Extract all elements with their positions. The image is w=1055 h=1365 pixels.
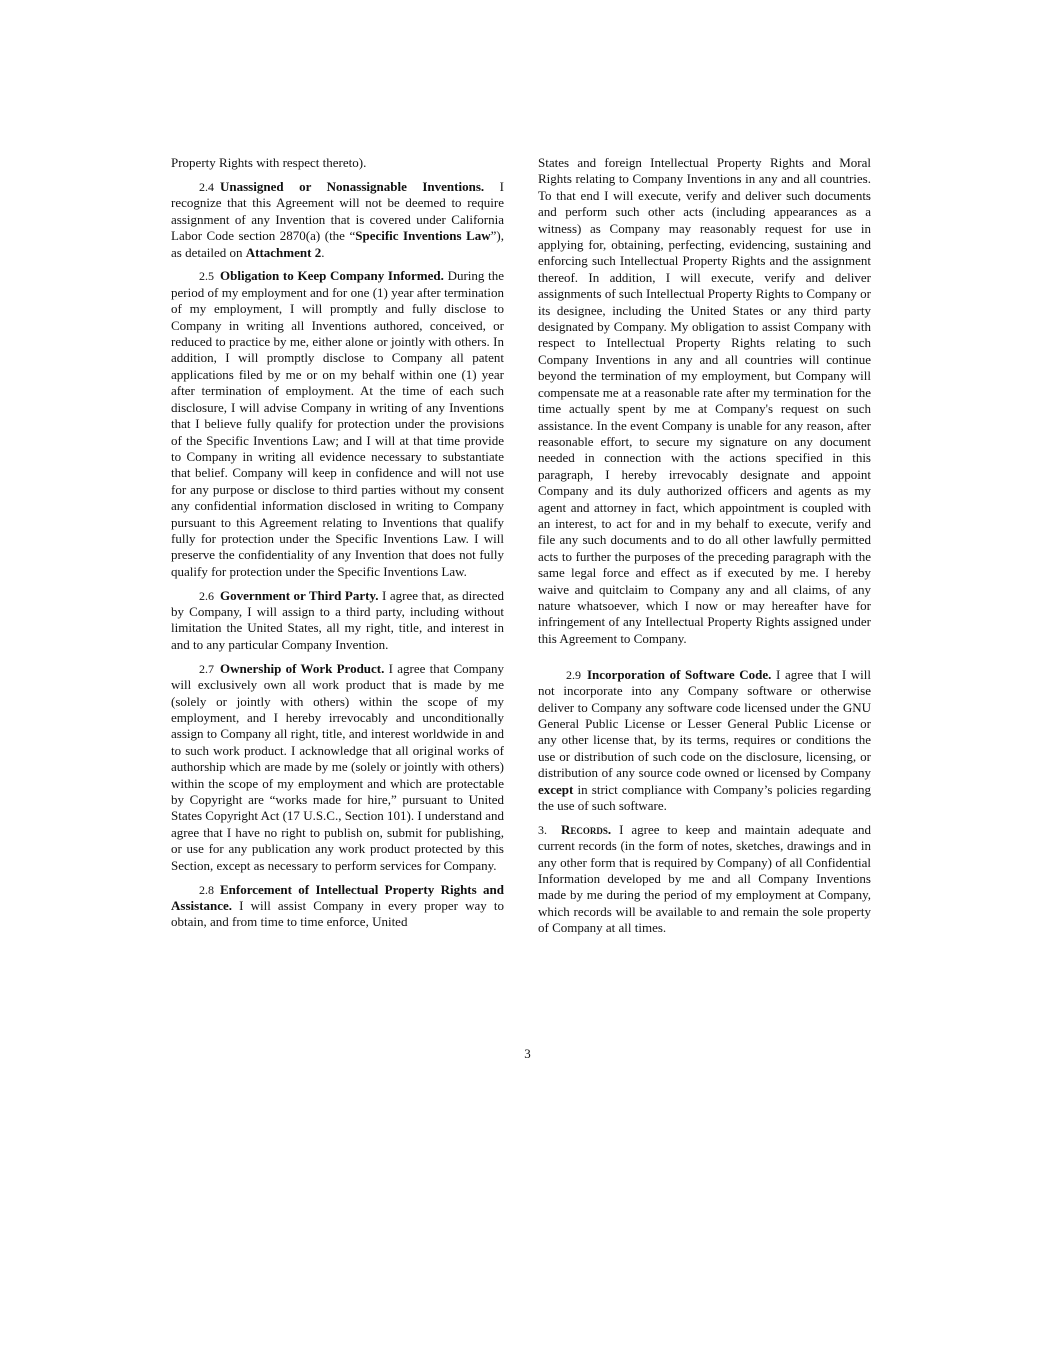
section-heading: Unassigned or Nonassignable Inventions. [220,179,484,194]
section-2-8: 2.8Enforcement of Intellectual Property … [171,882,504,931]
section-heading: Government or Third Party. [220,588,378,603]
section-2-7: 2.7Ownership of Work Product. I agree th… [171,661,504,874]
emphasis-word: except [538,782,573,797]
section-body: I agree that Company will exclusively ow… [171,661,504,873]
section-number: 3. [538,823,547,837]
section-number: 2.5 [199,269,214,283]
section-2-8-continuation: States and foreign Intellectual Property… [538,155,871,647]
spacer [538,655,871,667]
paragraph-text: Property Rights with respect thereto). [171,155,366,170]
section-body: I agree that I will not incorporate into… [538,667,871,780]
section-heading: Incorporation of Software Code. [587,667,771,682]
continuation-paragraph: Property Rights with respect thereto). [171,155,504,171]
left-column: Property Rights with respect thereto). 2… [171,155,504,938]
section-2-4: 2.4Unassigned or Nonassignable Invention… [171,179,504,261]
defined-term: Specific Inventions Law [355,228,490,243]
attachment-reference: Attachment 2 [246,245,321,260]
section-2-5: 2.5Obligation to Keep Company Informed. … [171,268,504,580]
section-heading: Records. [561,822,611,837]
section-3: 3.Records. I agree to keep and maintain … [538,822,871,937]
section-body: I agree to keep and maintain adequate an… [538,822,871,935]
section-number: 2.4 [199,180,214,194]
document-page: Property Rights with respect thereto). 2… [0,0,1055,1365]
section-body: States and foreign Intellectual Property… [538,155,871,646]
section-heading: Obligation to Keep Company Informed. [220,268,444,283]
section-heading: Ownership of Work Product. [220,661,384,676]
page-number: 3 [0,1046,1055,1062]
section-2-6: 2.6Government or Third Party. I agree th… [171,588,504,654]
section-2-9: 2.9Incorporation of Software Code. I agr… [538,667,871,815]
section-number: 2.8 [199,883,214,897]
section-body: During the period of my employment and f… [171,268,504,578]
section-number: 2.7 [199,662,214,676]
section-number: 2.9 [566,668,581,682]
section-number: 2.6 [199,589,214,603]
right-column: States and foreign Intellectual Property… [538,155,871,944]
section-body: . [321,245,324,260]
section-body: in strict compliance with Company’s poli… [538,782,871,813]
